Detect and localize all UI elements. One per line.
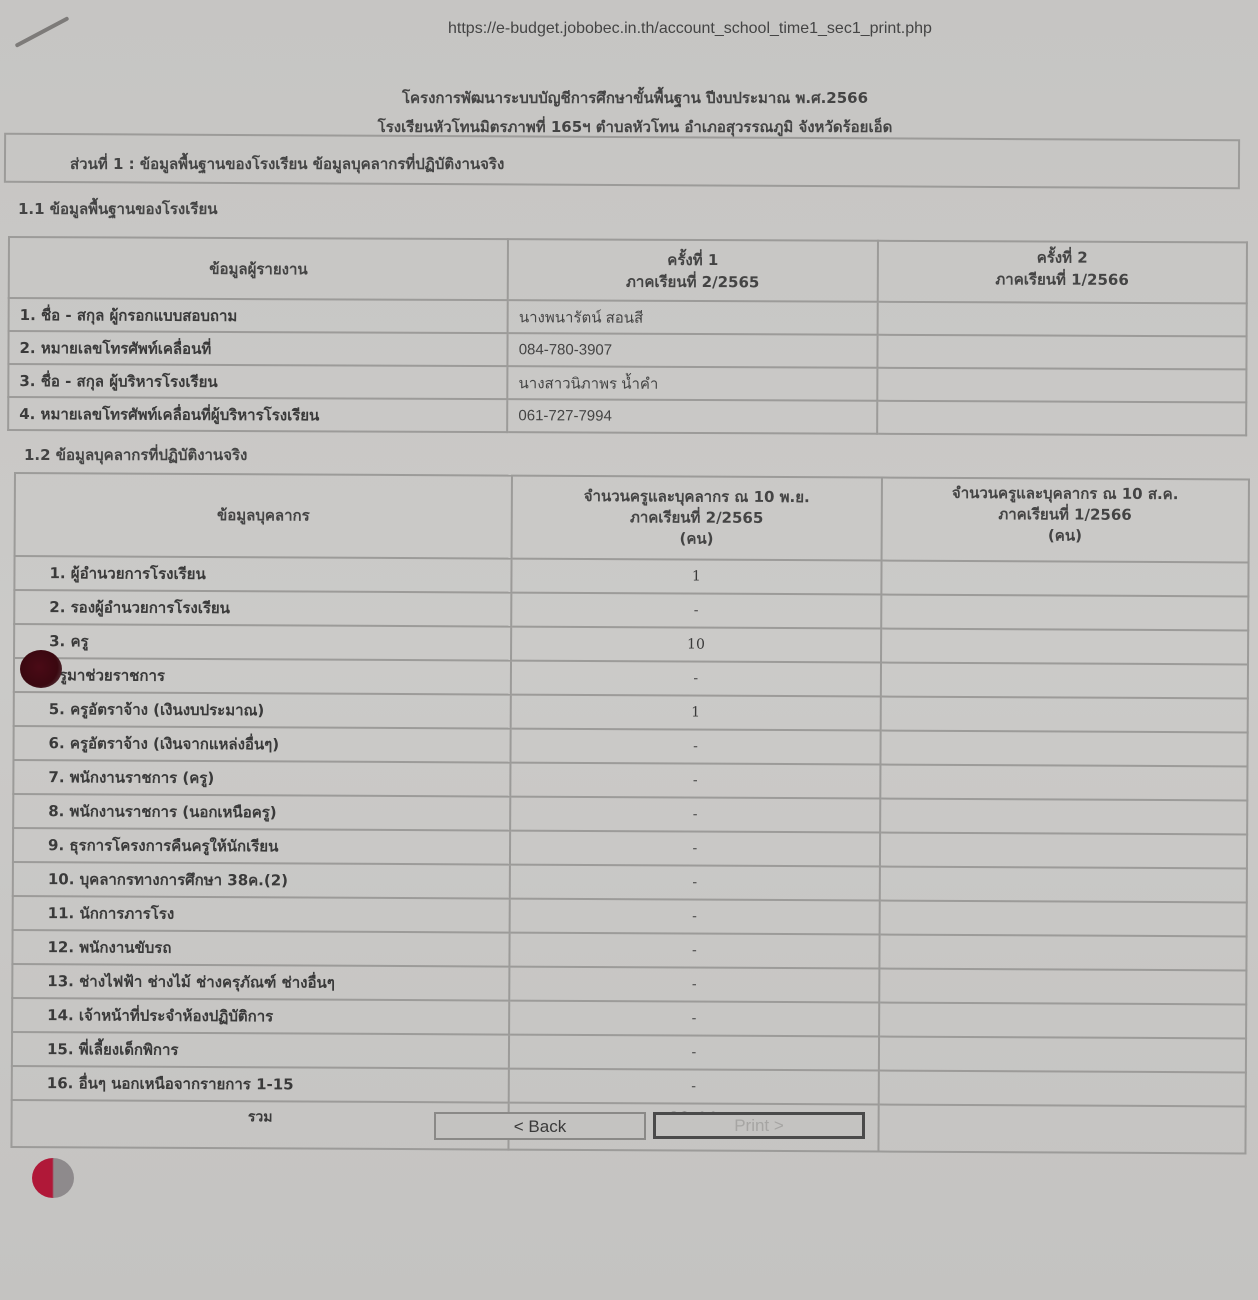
row-label: ครูมาช่วยราชการ: [14, 658, 511, 695]
round1-value: -: [509, 1035, 879, 1071]
pen-mark: [15, 16, 70, 48]
column-header-reporter: ข้อมูลผู้รายงาน: [9, 237, 508, 300]
row-label: 11. นักการภารโรง: [13, 896, 510, 933]
round2-value: [877, 335, 1247, 370]
round2-value: [878, 1071, 1246, 1107]
row-label: 12. พนักงานขับรถ: [12, 930, 509, 967]
round1-value: 084-780-3907: [508, 333, 878, 368]
row-label: 2. หมายเลขโทรศัพท์เคลื่อนที่: [8, 331, 507, 366]
row-label: 1. ชื่อ - สกุล ผู้กรอกแบบสอบถาม: [9, 298, 508, 333]
section-title: ส่วนที่ 1 : ข้อมูลพื้นฐานของโรงเรียน ข้อ…: [70, 152, 504, 176]
round1-value: -: [510, 865, 880, 901]
basic-info-table: ข้อมูลผู้รายงาน ครั้งที่ 1 ภาคเรียนที่ 2…: [7, 236, 1248, 436]
round2-value: [880, 697, 1248, 733]
round1-value: -: [510, 831, 880, 867]
row-label: 5. ครูอัตราจ้าง (เงินงบประมาณ): [14, 692, 511, 729]
round1-value: 061-727-7994: [507, 399, 877, 434]
round2-value: [880, 731, 1248, 767]
column-header-round1: ครั้งที่ 1 ภาคเรียนที่ 2/2565: [508, 239, 878, 302]
round1-value: -: [509, 1001, 879, 1037]
round2-value: [881, 629, 1249, 665]
round1-value: 1: [512, 559, 882, 595]
row-label: 16. อื่นๆ นอกเหนือจากรายการ 1-15: [12, 1066, 509, 1103]
round2-value: [879, 1003, 1247, 1039]
printed-page: https://e-budget.jobobec.in.th/account_s…: [0, 0, 1258, 1300]
round2-value: [878, 1037, 1246, 1073]
row-label: 13. ช่างไฟฟ้า ช่างไม้ ช่างครุภัณฑ์ ช่างอ…: [12, 964, 509, 1001]
round1-value: -: [511, 763, 881, 799]
round2-value: [879, 901, 1247, 937]
table-header-row: ข้อมูลบุคลากร จำนวนครูและบุคลากร ณ 10 พ.…: [15, 473, 1249, 562]
round2-value: [879, 935, 1247, 971]
table-header-row: ข้อมูลผู้รายงาน ครั้งที่ 1 ภาคเรียนที่ 2…: [9, 237, 1247, 303]
round1-term: ภาคเรียนที่ 2/2565: [510, 270, 875, 294]
round1-value: -: [511, 593, 881, 629]
page-url: https://e-budget.jobobec.in.th/account_s…: [448, 20, 932, 38]
punch-hole: [20, 650, 62, 688]
round2-value: [877, 401, 1247, 436]
round1-value: -: [510, 797, 880, 833]
round2-value: [880, 765, 1248, 801]
round2-label: จำนวนครูและบุคลากร ณ 10 ส.ค.: [883, 483, 1247, 506]
column-header-round2: ครั้งที่ 2 ภาคเรียนที่ 1/2566: [877, 241, 1247, 304]
round2-value: [877, 368, 1247, 403]
round1-unit: (คน): [514, 528, 879, 551]
row-label: 2. รองผู้อำนวยการโรงเรียน: [14, 590, 511, 627]
column-header-round1: จำนวนครูและบุคลากร ณ 10 พ.ย. ภาคเรียนที่…: [512, 476, 882, 561]
round2-value: [880, 663, 1248, 699]
round1-value: -: [509, 1069, 879, 1105]
round1-value: -: [511, 729, 881, 765]
round1-value: -: [511, 661, 881, 697]
round1-label: ครั้งที่ 1: [510, 248, 875, 272]
round2-unit: (คน): [883, 525, 1247, 548]
column-header-personnel: ข้อมูลบุคลากร: [15, 473, 513, 559]
round2-value: [881, 595, 1249, 631]
round2-value: [877, 302, 1247, 337]
round2-term: ภาคเรียนที่ 1/2566: [883, 504, 1247, 527]
row-label: 6. ครูอัตราจ้าง (เงินจากแหล่งอื่นๆ): [13, 726, 510, 763]
round1-value: -: [510, 899, 880, 935]
round1-value: นางพนารัตน์ สอนสี: [508, 300, 878, 335]
table-row: 3. ชื่อ - สกุล ผู้บริหารโรงเรียน นางสาวน…: [8, 364, 1246, 402]
row-label: 15. พี่เลี้ยงเด็กพิการ: [12, 1032, 509, 1069]
row-label: 8. พนักงานราชการ (นอกเหนือครู): [13, 794, 510, 831]
round2-value: [881, 561, 1249, 597]
round1-value: -: [509, 967, 879, 1003]
row-label: 1. ผู้อำนวยการโรงเรียน: [14, 556, 511, 593]
row-label: 3. ครู: [14, 624, 511, 661]
round2-value: [880, 833, 1248, 869]
round2-value: [879, 867, 1247, 903]
personnel-heading: 1.2 ข้อมูลบุคลากรที่ปฏิบัติงานจริง: [24, 443, 247, 467]
punch-hole: [32, 1158, 74, 1198]
back-button[interactable]: < Back: [434, 1112, 646, 1140]
table-row: 2. หมายเลขโทรศัพท์เคลื่อนที่ 084-780-390…: [8, 331, 1246, 369]
basic-info-heading: 1.1 ข้อมูลพื้นฐานของโรงเรียน: [18, 197, 217, 221]
table-row: 1. ชื่อ - สกุล ผู้กรอกแบบสอบถาม นางพนารั…: [9, 298, 1247, 336]
column-header-round2: จำนวนครูและบุคลากร ณ 10 ส.ค. ภาคเรียนที่…: [881, 478, 1249, 563]
round1-value: 1: [511, 695, 881, 731]
personnel-table: ข้อมูลบุคลากร จำนวนครูและบุคลากร ณ 10 พ.…: [10, 472, 1250, 1154]
report-title: โครงการพัฒนาระบบบัญชีการศึกษาขั้นพื้นฐาน…: [0, 86, 1258, 110]
row-label: 10. บุคลากรทางการศึกษา 38ค.(2): [13, 862, 510, 899]
row-label: 3. ชื่อ - สกุล ผู้บริหารโรงเรียน: [8, 364, 507, 399]
round2-term: ภาคเรียนที่ 1/2566: [879, 268, 1244, 292]
round1-value: 10: [511, 627, 881, 663]
table-row: 4. หมายเลขโทรศัพท์เคลื่อนที่ผู้บริหารโรง…: [8, 397, 1246, 435]
round1-term: ภาคเรียนที่ 2/2565: [514, 507, 879, 530]
row-label: 4. หมายเลขโทรศัพท์เคลื่อนที่ผู้บริหารโรง…: [8, 397, 507, 432]
round2-label: ครั้งที่ 2: [879, 246, 1244, 270]
row-label: 7. พนักงานราชการ (ครู): [13, 760, 510, 797]
round1-label: จำนวนครูและบุคลากร ณ 10 พ.ย.: [514, 486, 879, 509]
total-round2: [878, 1105, 1246, 1154]
round1-value: -: [510, 933, 880, 969]
print-button[interactable]: Print >: [653, 1112, 865, 1139]
round2-value: [879, 969, 1247, 1005]
row-label: 9. ธุรการโครงการคืนครูให้นักเรียน: [13, 828, 510, 865]
round2-value: [880, 799, 1248, 835]
row-label: 14. เจ้าหน้าที่ประจำห้องปฏิบัติการ: [12, 998, 509, 1035]
round1-value: นางสาวนิภาพร น้ำคำ: [507, 366, 877, 401]
